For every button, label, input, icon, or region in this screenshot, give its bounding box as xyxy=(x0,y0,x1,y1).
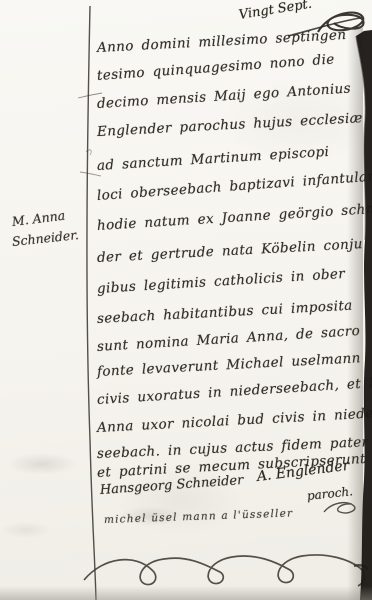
manuscript-line: gibus legitimis catholicis in ober xyxy=(97,266,346,297)
manuscript-line: fonte levaverunt Michael uselmann xyxy=(97,350,362,380)
manuscript-line: der et gertrude nata Köbelin conju xyxy=(97,236,364,266)
margin-note-name-line2: Schneider. xyxy=(11,227,79,249)
manuscript-line: civis uxoratus in niederseebach, et Mari… xyxy=(97,373,372,408)
margin-note-name-line1: M. Anna xyxy=(11,208,66,229)
binding-shadow-fade xyxy=(347,28,363,600)
page-number-label: Vingt Sept. xyxy=(238,0,313,23)
manuscript-line: Anna uxor nicolai bud civis in nieder xyxy=(97,405,372,436)
manuscript-line: Anno domini millesimo septingen xyxy=(97,27,347,56)
manuscript-line: tesimo quinquagesimo nono die xyxy=(96,51,335,84)
scanned-document-page: Vingt Sept. M. Anna Schneider. Anno domi… xyxy=(0,0,372,600)
manuscript-line: decimo mensis Maij ego Antonius xyxy=(97,80,352,112)
manuscript-line: sunt nomina Maria Anna, de sacro xyxy=(97,323,361,355)
page-bottom-edge-shadow xyxy=(0,586,372,600)
manuscript-line: seebach habitantibus cui imposita xyxy=(97,298,353,327)
manuscript-line: ad sanctum Martinum episcopi xyxy=(97,144,330,174)
manuscript-line: loci oberseebach baptizavi infantulam xyxy=(96,168,372,204)
godfather-mark-note: michel üsel mann a l'üsseller xyxy=(104,507,294,526)
manuscript-line: hodie natum ex Joanne geörgio schnei xyxy=(97,200,372,234)
manuscript-line: Englender parochus hujus ecclesiæ xyxy=(97,110,364,140)
